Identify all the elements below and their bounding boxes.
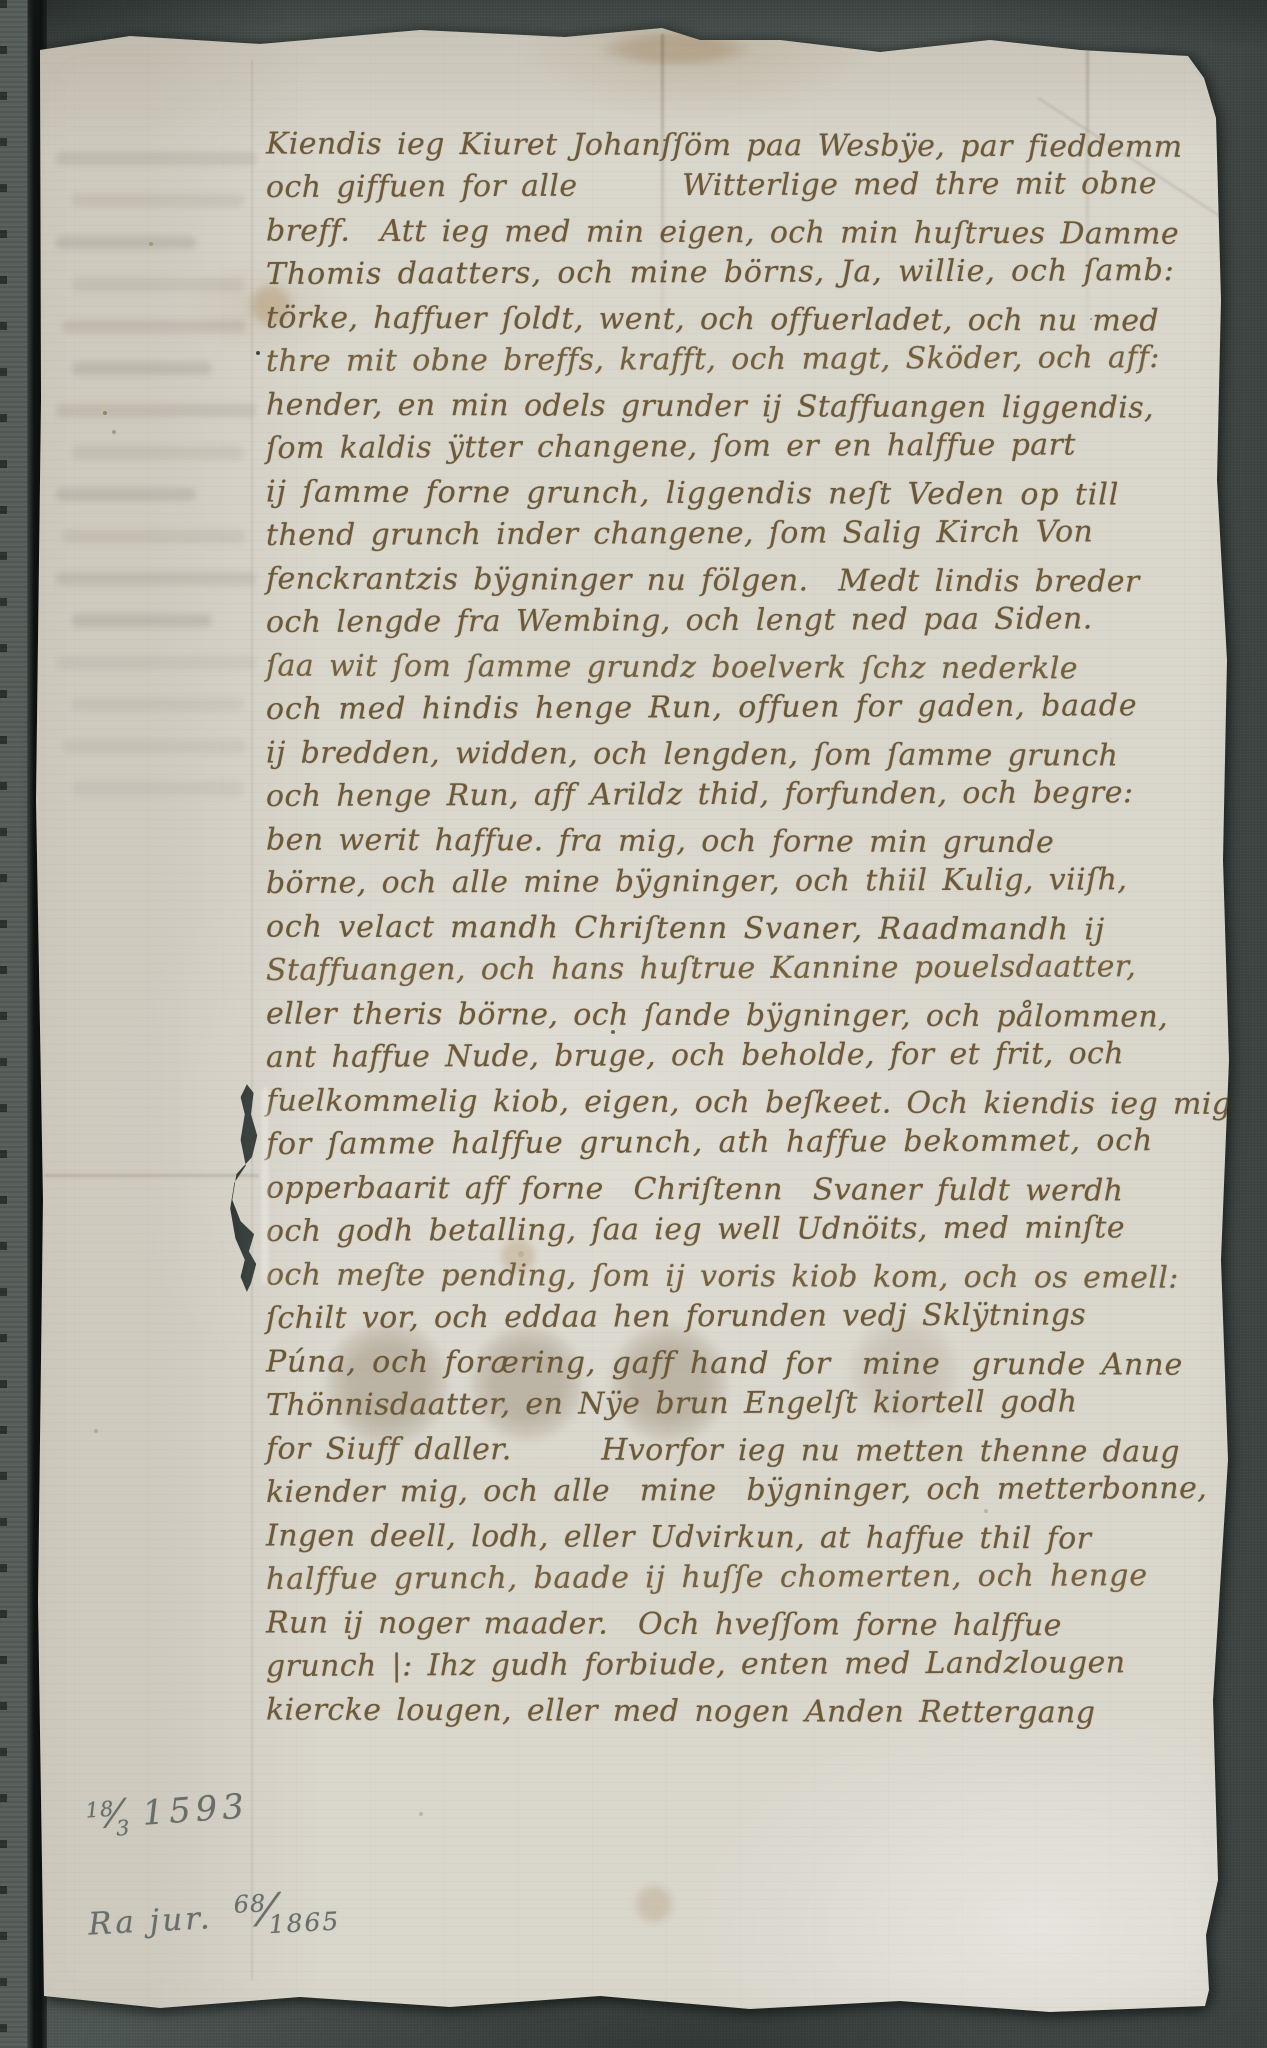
manuscript-line: kiender mig, och alle mine bÿgninger, oc… — [266, 1466, 1226, 1514]
foxing-stain — [632, 1884, 676, 1924]
seal-stain — [323, 1320, 451, 1446]
manuscript-line: Ingen deell, lodh, eller Udvirkun, at ha… — [266, 1515, 1226, 1562]
manuscript-line: ſchilt vor, och eddaa hen forunden vedj … — [266, 1292, 1226, 1340]
pencil-date-annotation: 18⁄31593 — [84, 1782, 250, 1842]
date-fraction: 18⁄3 — [85, 1799, 130, 1837]
manuscript-line: Kiendis ieg Kiuret Johanſſöm paa Wesbÿe,… — [266, 123, 1226, 170]
manuscript-line: Thönnisdaatter, en Nÿe brun Engelſt kior… — [266, 1379, 1226, 1427]
manuscript-page: Kiendis ieg Kiuret Johanſſöm paa Wesbÿe,… — [0, 0, 1267, 2048]
date-month: 3 — [115, 1816, 130, 1841]
show-through-streak — [56, 152, 256, 165]
archive-fraction: 68⁄1865 — [233, 1893, 340, 1934]
manuscript-line: breff. Att ieg med min eigen, och min hu… — [266, 210, 1226, 257]
show-through-streak — [72, 446, 244, 459]
show-through-streak — [72, 782, 244, 795]
show-through-streak — [72, 194, 244, 207]
manuscript-line: och henge Run, aff Arildz thid, forfunde… — [266, 770, 1226, 818]
tear-edge-highlight — [262, 1088, 268, 1284]
manuscript-line: och godh betalling, ſaa ieg well Udnöits… — [266, 1205, 1226, 1253]
archive-year: 1865 — [268, 1906, 341, 1939]
manuscript-line: kiercke lougen, eller med nogen Anden Re… — [266, 1689, 1226, 1736]
manuscript-line: for ſamme halffue grunch, ath haffue bek… — [266, 1118, 1226, 1166]
show-through-streak — [62, 740, 246, 753]
seal-stain — [468, 1324, 586, 1442]
show-through-streak — [62, 530, 246, 543]
manuscript-line: ij ſamme forne grunch, liggendis neſt Ve… — [266, 471, 1226, 518]
show-through-streak — [56, 488, 196, 501]
seal-stain — [608, 1322, 730, 1444]
ink-specks — [0, 0, 2, 2]
show-through-streak — [56, 656, 256, 669]
archival-photo: Kiendis ieg Kiuret Johanſſöm paa Wesbÿe,… — [0, 0, 1267, 2048]
manuscript-line: och med hindis henge Run, offuen for gad… — [266, 683, 1226, 731]
show-through-streak — [72, 362, 212, 375]
date-day: 18 — [85, 1797, 115, 1823]
manuscript-line: hender, en min odels grunder ij Staffuan… — [266, 384, 1226, 431]
show-through-streak — [72, 698, 244, 711]
manuscript-line: Run ij noger maader. Och hveſſom forne h… — [266, 1602, 1226, 1649]
manuscript-line: och lengde fra Wembing, och lengt ned pa… — [266, 596, 1226, 644]
manuscript-line: halffue grunch, baade ij huſſe chomerten… — [266, 1553, 1226, 1601]
manuscript-line: eller theris börne, och ſande bÿgninger,… — [266, 993, 1226, 1040]
fraction-slash: ⁄ — [110, 1792, 119, 1836]
manuscript-line: törke, haffuer ſoldt, went, och offuerla… — [266, 297, 1226, 344]
foxing-stain — [498, 1236, 538, 1276]
corner-crease — [1038, 98, 1232, 225]
manuscript-line: ben werit haffue. fra mig, och forne min… — [266, 819, 1226, 866]
top-edge-stain — [600, 32, 750, 66]
manuscript-line: och velact mandh Chriſtenn Svaner, Raadm… — [266, 906, 1226, 953]
show-through-streak — [56, 236, 196, 249]
seal-stain — [848, 1316, 960, 1428]
vertical-crease — [1086, 46, 1089, 346]
manuscript-line: for Siuff daller. Hvorfor ieg nu metten … — [266, 1428, 1226, 1475]
manuscript-line: och meſte pending, ſom ij voris kiob kom… — [266, 1254, 1226, 1301]
margin-fold-line — [251, 60, 253, 1980]
horizontal-crease — [44, 1174, 259, 1177]
manuscript-line: thend grunch inder changene, ſom Salig K… — [266, 509, 1226, 557]
archive-label: Ra jur. — [87, 1900, 213, 1942]
manuscript-line: grunch |: Ihz gudh forbiude, enten med L… — [266, 1640, 1226, 1688]
verso-show-through — [56, 152, 256, 824]
fraction-slash: ⁄ — [262, 1885, 272, 1936]
show-through-streak — [72, 278, 244, 291]
manuscript-page-wrap: Kiendis ieg Kiuret Johanſſöm paa Wesbÿe,… — [0, 0, 1267, 2048]
manuscript-line: och giffuen for alle Witterlige med thre… — [266, 161, 1226, 209]
manuscript-line: fuelkommelig kiob, eigen, och beſkeet. O… — [266, 1080, 1226, 1127]
manuscript-line: Staffuangen, och hans huſtrue Kannine po… — [266, 944, 1226, 992]
foxing-stain — [248, 282, 294, 328]
pencil-archive-annotation: Ra jur.68⁄1865 — [87, 1881, 341, 1948]
manuscript-line: Púna, och foræring, gaff hand for mine g… — [266, 1341, 1226, 1388]
date-year: 1593 — [141, 1786, 250, 1833]
manuscript-line: ſom kaldis ÿtter changene, ſom er en hal… — [266, 422, 1226, 470]
archive-number: 68 — [233, 1889, 267, 1919]
show-through-streak — [56, 404, 256, 417]
manuscript-line: opperbaarit aff forne Chriſtenn Svaner f… — [266, 1167, 1226, 1214]
show-through-streak — [62, 320, 246, 333]
manuscript-line: thre mit obne breffs, krafft, och magt, … — [266, 335, 1226, 383]
vertical-crease — [661, 34, 664, 354]
manuscript-text-block: Kiendis ieg Kiuret Johanſſöm paa Wesbÿe,… — [266, 122, 1226, 1732]
manuscript-line: ij bredden, widden, och lengden, ſom ſam… — [266, 732, 1226, 779]
manuscript-line: ſaa wit ſom ſamme grundz boelverk ſchz n… — [266, 645, 1226, 692]
manuscript-line: ant haffue Nude, bruge, och beholde, for… — [266, 1031, 1226, 1079]
manuscript-line: fenckrantzis bÿgninger nu fölgen. Medt l… — [266, 558, 1226, 605]
show-through-streak — [72, 614, 212, 627]
manuscript-line: börne, och alle mine bÿgninger, och thii… — [266, 857, 1226, 905]
show-through-streak — [56, 572, 256, 585]
manuscript-line: Thomis daatters, och mine börns, Ja, wil… — [266, 248, 1226, 296]
